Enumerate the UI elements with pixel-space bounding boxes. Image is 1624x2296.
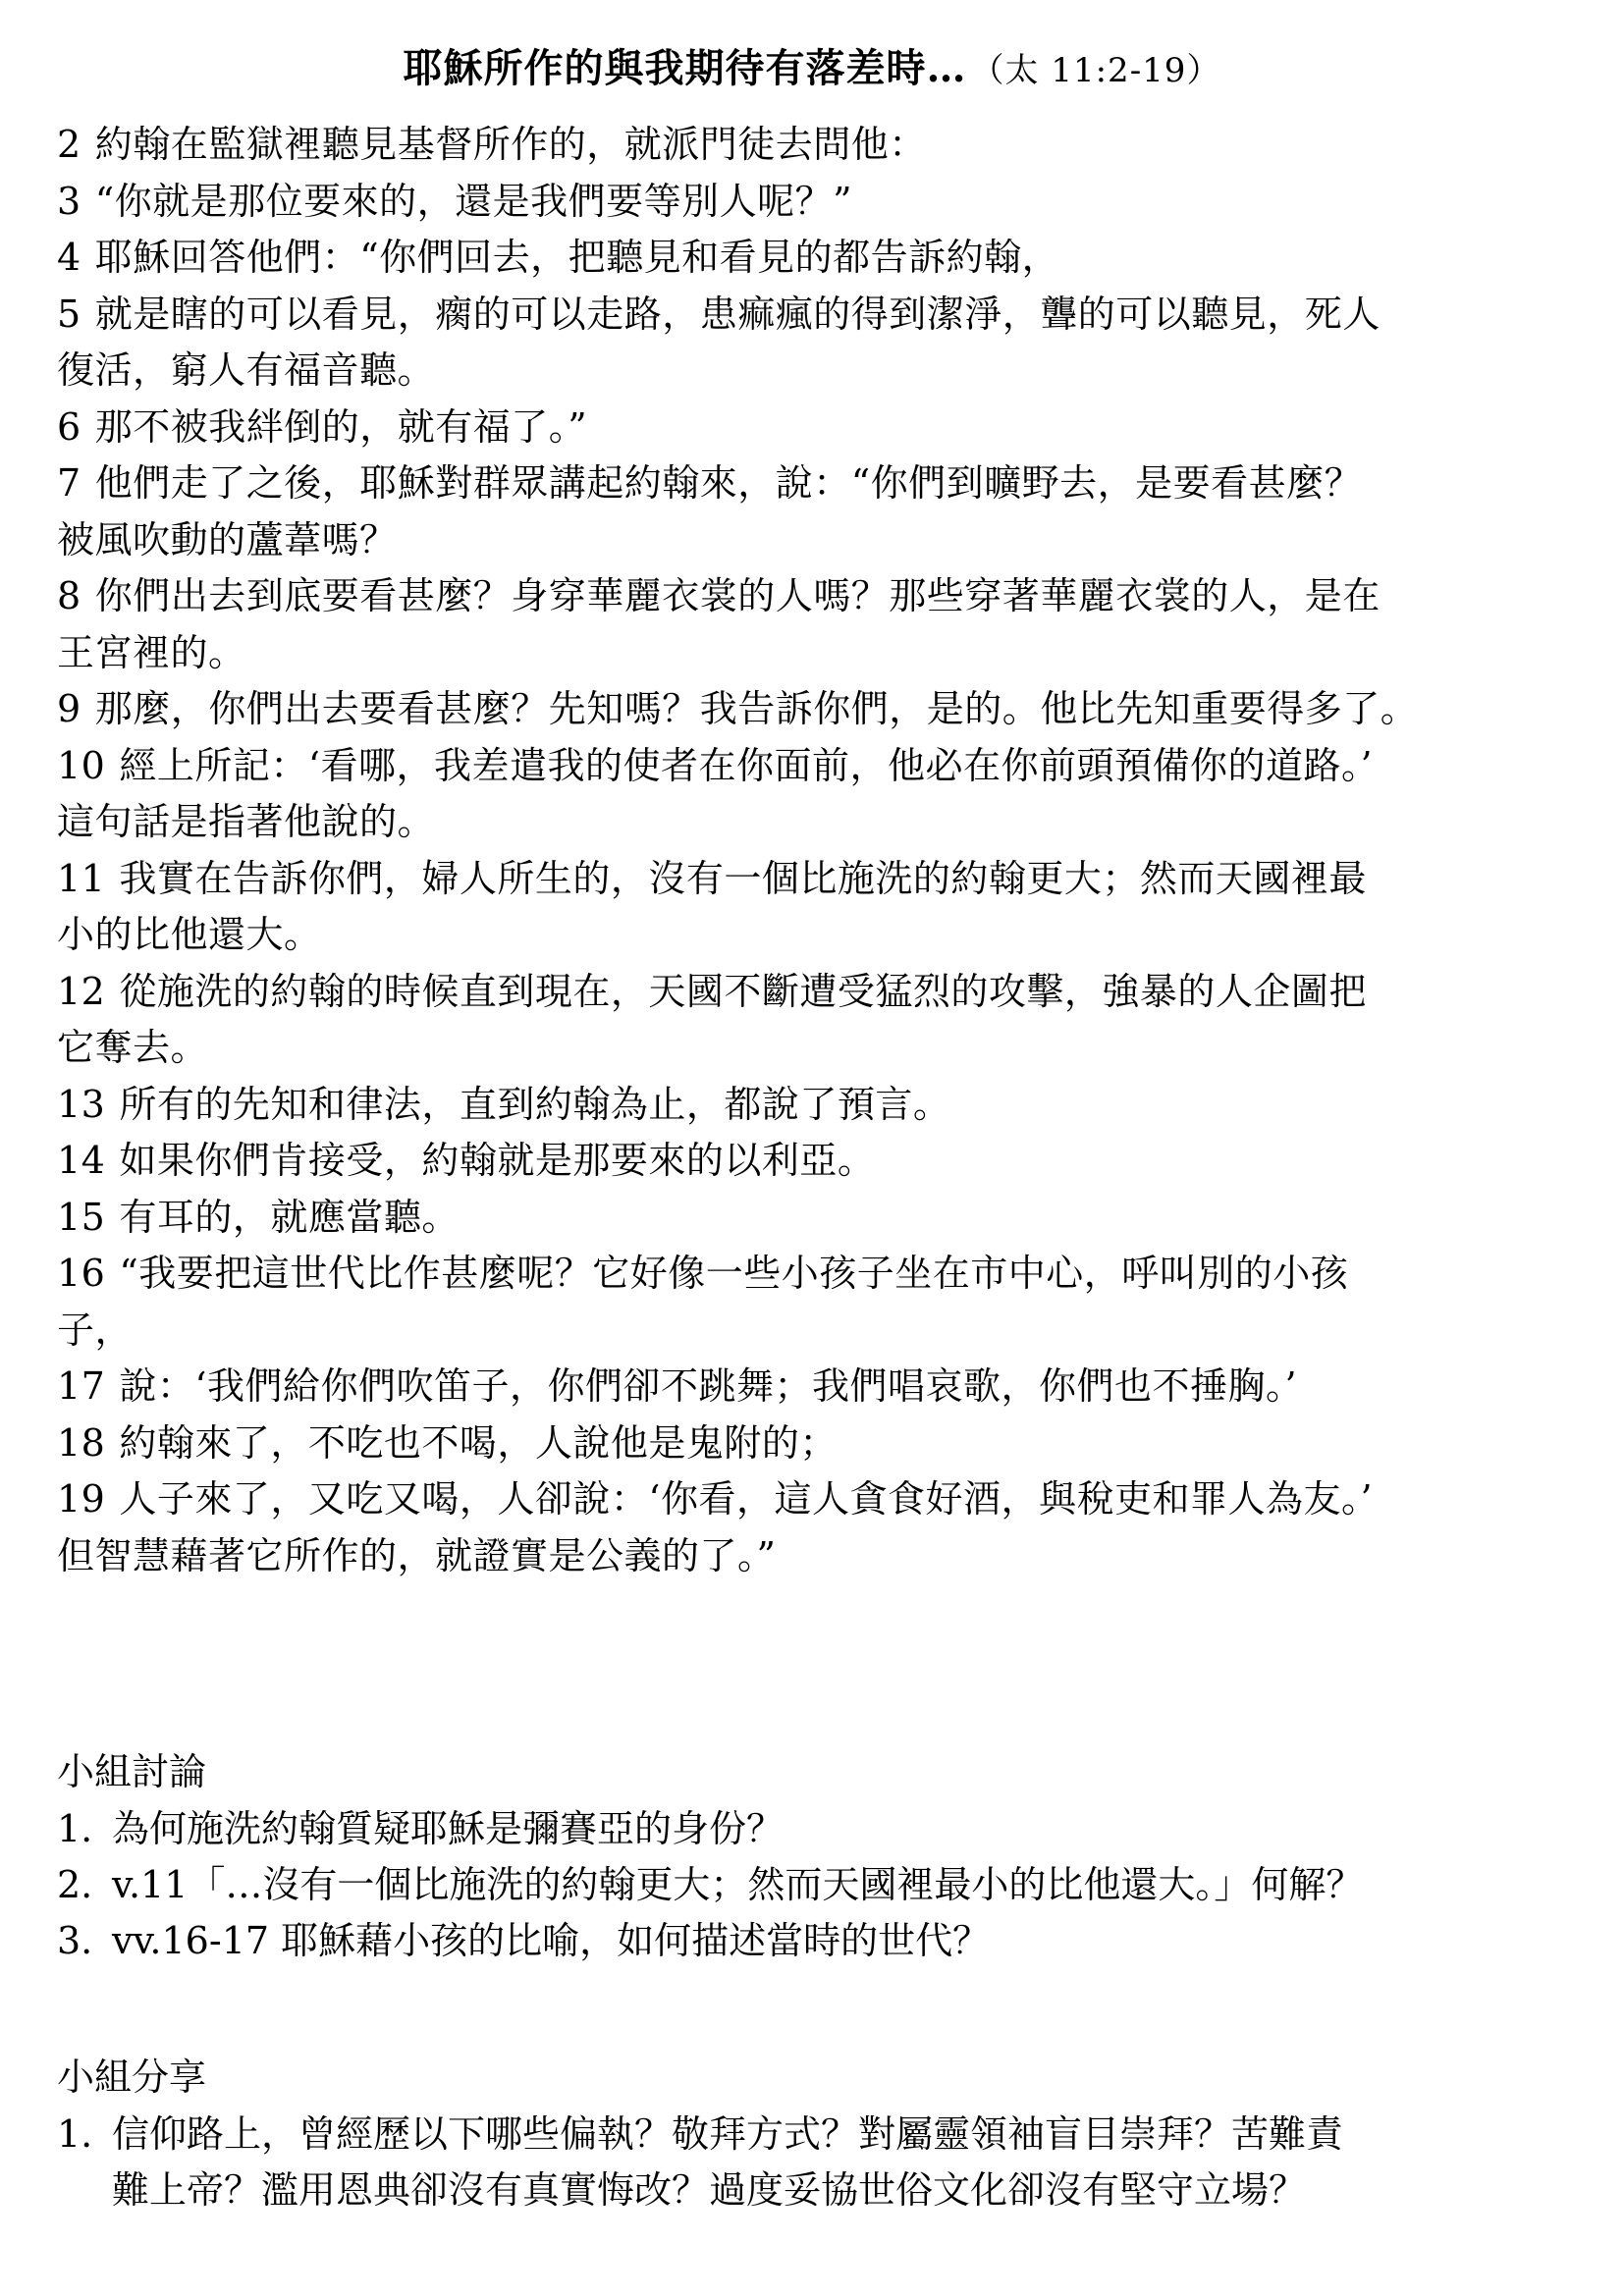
question-number: 1.: [57, 2107, 112, 2163]
verse-number: 5: [57, 287, 81, 344]
discussion-question: 2.v.11「…沒有一個比施洗的約翰更大；然而天國裡最小的比他還大。」何解？: [57, 1857, 1589, 1913]
verse-line: 4耶穌回答他們：“你們回去，把聽見和看見的都告訴約翰，: [57, 230, 1589, 287]
verse-line: 6那不被我絆倒的，就有福了。”: [57, 400, 1589, 456]
verse-number: 17: [57, 1359, 105, 1415]
verse-line: 7他們走了之後，耶穌對群眾講起約翰來，說：“你們到曠野去，是要看甚麼？: [57, 455, 1589, 512]
verse-line-continued: 子，: [57, 1303, 1589, 1360]
question-text: 信仰路上，曾經歷以下哪些偏執？敬拜方式？對屬靈領袖盲目崇拜？苦難責: [112, 2112, 1343, 2156]
verse-text: 這句話是指著他說的。: [57, 800, 435, 843]
verse-text: 人子來了，又吃又喝，人卻說：‘你看，這人貪食好酒，與稅吏和罪人為友。’: [119, 1477, 1373, 1521]
verse-text: 他們走了之後，耶穌對群眾講起約翰來，說：“你們到曠野去，是要看甚麼？: [95, 461, 1362, 505]
verse-line: 11我實在告訴你們，婦人所生的，沒有一個比施洗的約翰更大；然而天國裡最: [57, 851, 1589, 908]
verse-line-continued: 被風吹動的蘆葦嗎？: [57, 512, 1589, 569]
discussion-section: 小組討論 1.為何施洗約翰質疑耶穌是彌賽亞的身份？ 2.v.11「…沒有一個比施…: [57, 1742, 1589, 1969]
verse-text: 說：‘我們給你們吹笛子，你們卻不跳舞；我們唱哀歌，你們也不捶胸。’: [119, 1364, 1297, 1408]
verse-line-continued: 它奪去。: [57, 1020, 1589, 1077]
verse-text: “我要把這世代比作甚麼呢？它好像一些小孩子坐在市中心，呼叫別的小孩: [119, 1252, 1348, 1295]
verse-number: 18: [57, 1415, 105, 1472]
verse-text: 約翰在監獄裡聽見基督所作的，就派門徒去問他：: [95, 123, 927, 166]
verse-line-continued: 王宮裡的。: [57, 625, 1589, 682]
verse-number: 14: [57, 1133, 105, 1190]
verse-text: 那不被我絆倒的，就有福了。”: [95, 405, 587, 449]
sharing-heading: 小組分享: [57, 2048, 1589, 2107]
sharing-question-continued: 難上帝？濫用恩典卻沒有真實悔改？過度妥協世俗文化卻沒有堅守立場？: [57, 2163, 1589, 2218]
verse-number: 7: [57, 455, 81, 512]
verse-number: 11: [57, 851, 105, 908]
discussion-question: 1.為何施洗約翰質疑耶穌是彌賽亞的身份？: [57, 1801, 1589, 1857]
verse-number: 3: [57, 174, 81, 231]
verse-line: 12從施洗的約翰的時候直到現在，天國不斷遭受猛烈的攻擊，強暴的人企圖把: [57, 964, 1589, 1021]
question-text: 為何施洗約翰質疑耶穌是彌賽亞的身份？: [112, 1807, 784, 1850]
verse-text: 如果你們肯接受，約翰就是那要來的以利亞。: [119, 1139, 875, 1182]
verse-number: 15: [57, 1190, 105, 1247]
verse-text: “你就是那位要來的，還是我們要等別人呢？”: [95, 180, 852, 223]
verse-text: 我實在告訴你們，婦人所生的，沒有一個比施洗的約翰更大；然而天國裡最: [119, 857, 1367, 900]
verse-line: 3“你就是那位要來的，還是我們要等別人呢？”: [57, 174, 1589, 231]
verse-text: 但智慧藉著它所作的，就證實是公義的了。”: [57, 1534, 776, 1577]
verse-text: 從施洗的約翰的時候直到現在，天國不斷遭受猛烈的攻擊，強暴的人企圖把: [119, 970, 1367, 1013]
verse-number: 12: [57, 964, 105, 1021]
verse-line: 17說：‘我們給你們吹笛子，你們卻不跳舞；我們唱哀歌，你們也不捶胸。’: [57, 1359, 1589, 1415]
verse-number: 13: [57, 1077, 105, 1134]
verse-text: 它奪去。: [57, 1026, 208, 1069]
verse-line: 19人子來了，又吃又喝，人卻說：‘你看，這人貪食好酒，與稅吏和罪人為友。’: [57, 1471, 1589, 1528]
verse-line-continued: 但智慧藉著它所作的，就證實是公義的了。”: [57, 1528, 1589, 1585]
verse-line-continued: 這句話是指著他說的。: [57, 794, 1589, 851]
verse-line: 5就是瞎的可以看見，瘸的可以走路，患痲瘋的得到潔淨，聾的可以聽見，死人: [57, 287, 1589, 344]
question-text-continued: 難上帝？濫用恩典卻沒有真實悔改？過度妥協世俗文化卻沒有堅守立場？: [112, 2168, 1306, 2212]
scripture-passage: 2約翰在監獄裡聽見基督所作的，就派門徒去問他： 3“你就是那位要來的，還是我們要…: [57, 117, 1589, 1584]
verse-line: 15有耳的，就應當聽。: [57, 1190, 1589, 1247]
verse-line: 14如果你們肯接受，約翰就是那要來的以利亞。: [57, 1133, 1589, 1190]
verse-text: 王宮裡的。: [57, 631, 246, 674]
verse-text: 約翰來了，不吃也不喝，人說他是鬼附的；: [119, 1421, 838, 1465]
verse-line: 2約翰在監獄裡聽見基督所作的，就派門徒去問他：: [57, 117, 1589, 174]
verse-number: 4: [57, 230, 81, 287]
discussion-heading: 小組討論: [57, 1742, 1589, 1801]
verse-line-continued: 小的比他還大。: [57, 907, 1589, 964]
verse-text: 子，: [57, 1308, 133, 1352]
verse-line-continued: 復活，窮人有福音聽。: [57, 343, 1589, 400]
verse-text: 你們出去到底要看甚麼？身穿華麗衣裳的人嗎？那些穿著華麗衣裳的人，是在: [95, 574, 1380, 617]
verse-line: 8你們出去到底要看甚麼？身穿華麗衣裳的人嗎？那些穿著華麗衣裳的人，是在: [57, 568, 1589, 625]
verse-number: 9: [57, 681, 81, 738]
sharing-question: 1.信仰路上，曾經歷以下哪些偏執？敬拜方式？對屬靈領袖盲目崇拜？苦難責: [57, 2107, 1589, 2163]
question-number: 3.: [57, 1913, 112, 1969]
scripture-reference: （太 11:2-19）: [971, 51, 1221, 90]
verse-text: 小的比他還大。: [57, 913, 322, 956]
title-main: 耶穌所作的與我期待有落差時…: [404, 45, 967, 91]
verse-text: 所有的先知和律法，直到約翰為止，都說了預言。: [119, 1083, 950, 1126]
verse-text: 被風吹動的蘆葦嗎？: [57, 518, 398, 561]
discussion-question: 3.vv.16-17 耶穌藉小孩的比喻，如何描述當時的世代？: [57, 1913, 1589, 1969]
verse-number: 8: [57, 568, 81, 625]
verse-line: 18約翰來了，不吃也不喝，人說他是鬼附的；: [57, 1415, 1589, 1472]
verse-line: 9那麼，你們出去要看甚麼？先知嗎？我告訴你們，是的。他比先知重要得多了。: [57, 681, 1589, 738]
verse-text: 有耳的，就應當聽。: [119, 1196, 460, 1239]
question-number: 1.: [57, 1801, 112, 1857]
sharing-section: 小組分享 1.信仰路上，曾經歷以下哪些偏執？敬拜方式？對屬靈領袖盲目崇拜？苦難責…: [57, 2048, 1589, 2218]
question-text: vv.16-17 耶穌藉小孩的比喻，如何描述當時的世代？: [112, 1919, 990, 1962]
verse-line: 13所有的先知和律法，直到約翰為止，都說了預言。: [57, 1077, 1589, 1134]
verse-text: 經上所記：‘看哪，我差遣我的使者在你面前，他必在你前頭預備你的道路。’: [119, 744, 1373, 787]
question-text: v.11「…沒有一個比施洗的約翰更大；然而天國裡最小的比他還大。」何解？: [112, 1863, 1363, 1906]
verse-text: 那麼，你們出去要看甚麼？先知嗎？我告訴你們，是的。他比先知重要得多了。: [95, 687, 1419, 730]
page-title: 耶穌所作的與我期待有落差時…（太 11:2-19）: [0, 41, 1624, 98]
verse-number: 2: [57, 117, 81, 174]
verse-number: 19: [57, 1471, 105, 1528]
verse-text: 復活，窮人有福音聽。: [57, 348, 435, 392]
verse-text: 耶穌回答他們：“你們回去，把聽見和看見的都告訴約翰，: [95, 236, 1059, 279]
verse-line: 16“我要把這世代比作甚麼呢？它好像一些小孩子坐在市中心，呼叫別的小孩: [57, 1246, 1589, 1303]
question-number: 2.: [57, 1857, 112, 1913]
verse-text: 就是瞎的可以看見，瘸的可以走路，患痲瘋的得到潔淨，聾的可以聽見，死人: [95, 293, 1380, 336]
verse-number: 6: [57, 400, 81, 456]
verse-line: 10經上所記：‘看哪，我差遣我的使者在你面前，他必在你前頭預備你的道路。’: [57, 738, 1589, 795]
verse-number: 16: [57, 1246, 105, 1303]
verse-number: 10: [57, 738, 105, 795]
